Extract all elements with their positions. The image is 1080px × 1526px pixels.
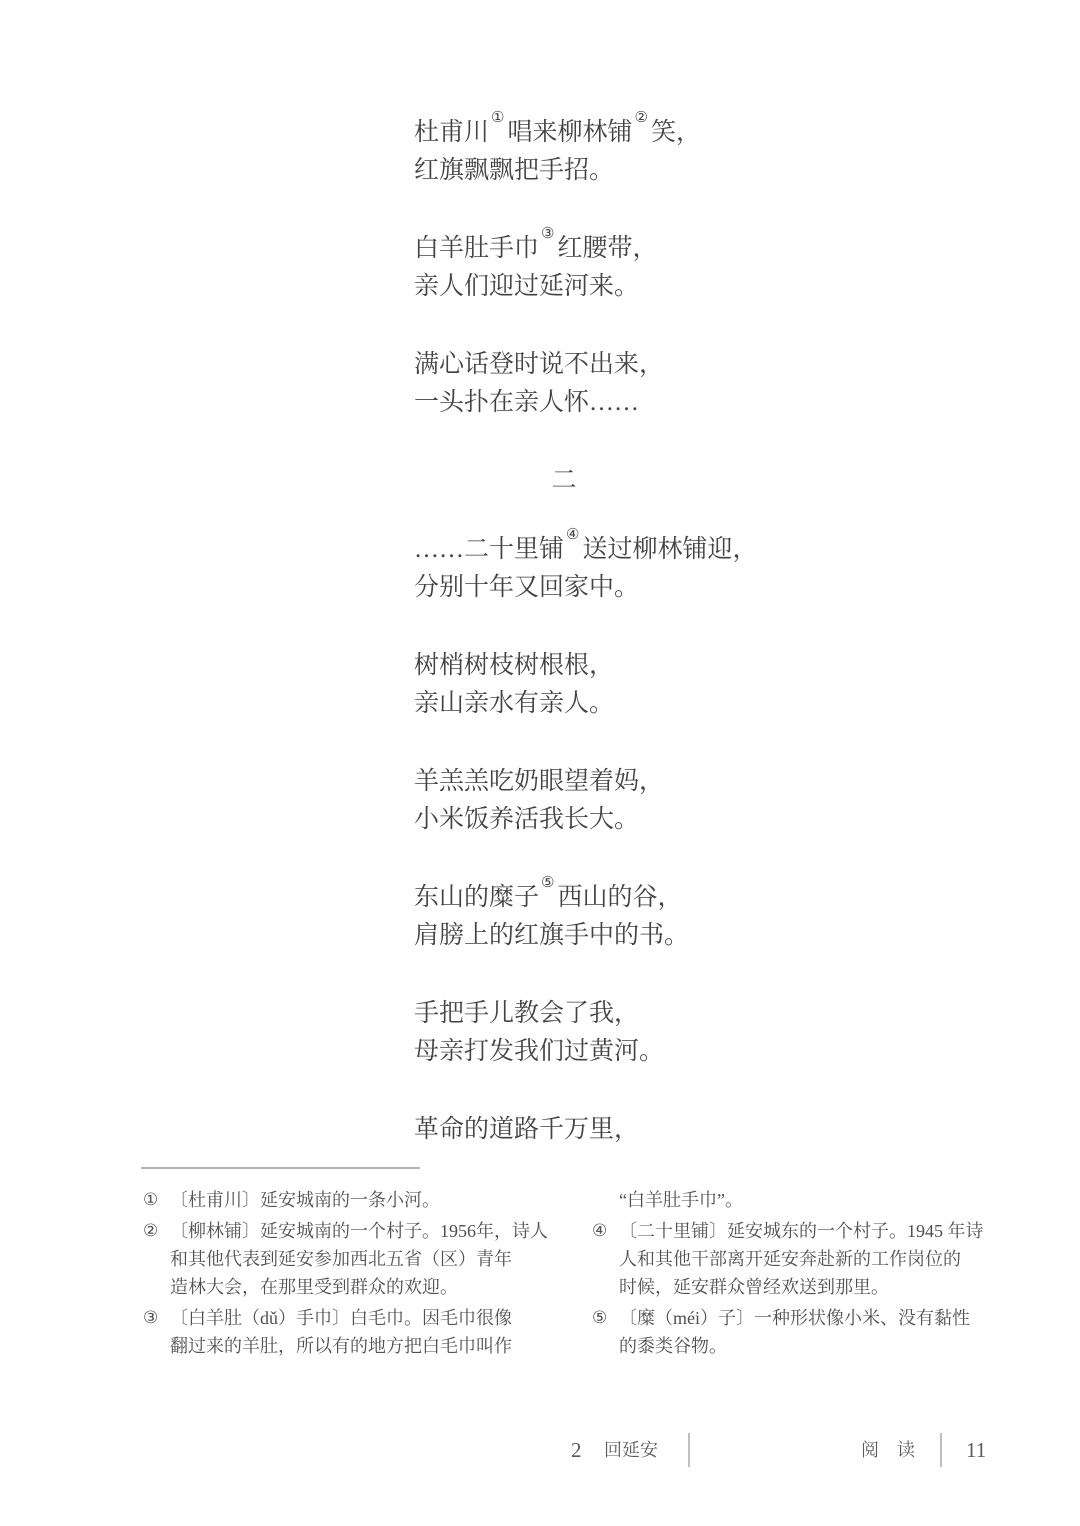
footnote-line: 的黍类谷物。 [619, 1332, 970, 1360]
footnotes-right-column: “白羊肚手巾”。④〔二十里铺〕延安城东的一个村子。1945 年诗人和其他干部离开… [592, 1186, 1012, 1360]
poem-line: 手把手儿教会了我， [414, 995, 714, 1033]
footer-divider-bar [940, 1433, 942, 1467]
footnote-reference: ③ [541, 226, 554, 242]
footnote-line: “白羊肚手巾”。 [619, 1186, 743, 1214]
footnote-item: ⑤〔糜（méi）子〕一种形状像小米、没有黏性的黍类谷物。 [592, 1304, 1012, 1360]
footnote-line: 〔杜甫川〕延安城南的一条小河。 [170, 1186, 440, 1214]
footnote-text: 〔柳林铺〕延安城南的一个村子。1956年，诗人和其他代表到延安参加西北五省（区）… [170, 1217, 548, 1301]
poem-line: 母亲打发我们过黄河。 [414, 1033, 714, 1071]
lesson-number: 2 [571, 1432, 582, 1468]
footnote-text: 〔白羊肚（dǔ）手巾〕白毛巾。因毛巾很像翻过来的羊肚，所以有的地方把白毛巾叫作 [170, 1304, 512, 1360]
footnote-line: 和其他代表到延安参加西北五省（区）青年 [170, 1245, 548, 1273]
footnote-line: 翻过来的羊肚，所以有的地方把白毛巾叫作 [170, 1332, 512, 1360]
footnote-text: 〔二十里铺〕延安城东的一个村子。1945 年诗人和其他干部离开延安奔赴新的工作岗… [619, 1217, 984, 1301]
poem: 杜甫川①唱来柳林铺②笑，红旗飘飘把手招。白羊肚手巾③红腰带，亲人们迎过延河来。满… [414, 114, 714, 1189]
footnote-line: 人和其他干部离开延安奔赴新的工作岗位的 [619, 1245, 984, 1273]
footnote-reference: ① [491, 110, 504, 126]
poem-line: 肩膀上的红旗手中的书。 [414, 917, 714, 955]
lesson-title: 回延安 [604, 1432, 658, 1468]
footnote-text: 〔杜甫川〕延安城南的一条小河。 [170, 1186, 440, 1214]
poem-line: 红旗飘飘把手招。 [414, 152, 714, 190]
poem-stanza: 满心话登时说不出来，一头扑在亲人怀…… [414, 346, 714, 422]
footnote-item: ①〔杜甫川〕延安城南的一条小河。 [143, 1186, 559, 1214]
poem-line: 小米饭养活我长大。 [414, 801, 714, 839]
footnotes-left-column: ①〔杜甫川〕延安城南的一条小河。②〔柳林铺〕延安城南的一个村子。1956年，诗人… [143, 1186, 559, 1360]
footnote-divider-rule [141, 1167, 420, 1169]
poem-line: 亲人们迎过延河来。 [414, 268, 714, 306]
poem-stanza: 杜甫川①唱来柳林铺②笑，红旗飘飘把手招。 [414, 114, 714, 190]
footnote-item: ②〔柳林铺〕延安城南的一个村子。1956年，诗人和其他代表到延安参加西北五省（区… [143, 1217, 559, 1301]
footnote-marker: ⑤ [592, 1304, 619, 1360]
page-footer: 2 回延安 阅 读 11 [0, 1432, 1080, 1472]
poem-part-two: ……二十里铺④送过柳林铺迎，分别十年又回家中。树梢树枝树根根，亲山亲水有亲人。羊… [414, 531, 714, 1149]
poem-line: ……二十里铺④送过柳林铺迎， [414, 531, 714, 569]
page-number: 11 [966, 1432, 986, 1468]
poem-line: 白羊肚手巾③红腰带， [414, 230, 714, 268]
footnote-line: 时候，延安群众曾经欢送到那里。 [619, 1273, 984, 1301]
poem-line: 羊羔羔吃奶眼望着妈， [414, 763, 714, 801]
poem-line: 杜甫川①唱来柳林铺②笑， [414, 114, 714, 152]
poem-line: 东山的糜子⑤西山的谷， [414, 879, 714, 917]
footnote-marker: ① [143, 1186, 170, 1214]
reading-section-label: 阅 读 [861, 1432, 915, 1468]
poem-line: 革命的道路千万里， [414, 1111, 714, 1149]
poem-stanza: 革命的道路千万里， [414, 1111, 714, 1149]
footnote-marker: ③ [143, 1304, 170, 1360]
footnote-marker [592, 1186, 619, 1214]
poem-line: 满心话登时说不出来， [414, 346, 714, 384]
poem-stanza: 手把手儿教会了我，母亲打发我们过黄河。 [414, 995, 714, 1071]
footnote-line: 〔白羊肚（dǔ）手巾〕白毛巾。因毛巾很像 [170, 1304, 512, 1332]
poem-line: 分别十年又回家中。 [414, 569, 714, 607]
footnote-item: “白羊肚手巾”。 [592, 1186, 1012, 1214]
poem-stanza: ……二十里铺④送过柳林铺迎，分别十年又回家中。 [414, 531, 714, 607]
footnote-item: ④〔二十里铺〕延安城东的一个村子。1945 年诗人和其他干部离开延安奔赴新的工作… [592, 1217, 1012, 1301]
footnote-reference: ② [634, 110, 647, 126]
footnote-text: “白羊肚手巾”。 [619, 1186, 743, 1214]
footnote-item: ③〔白羊肚（dǔ）手巾〕白毛巾。因毛巾很像翻过来的羊肚，所以有的地方把白毛巾叫作 [143, 1304, 559, 1360]
poem-stanza: 羊羔羔吃奶眼望着妈，小米饭养活我长大。 [414, 763, 714, 839]
footnote-marker: ② [143, 1217, 170, 1301]
footnote-marker: ④ [592, 1217, 619, 1301]
poem-part-one: 杜甫川①唱来柳林铺②笑，红旗飘飘把手招。白羊肚手巾③红腰带，亲人们迎过延河来。满… [414, 114, 714, 422]
footnote-reference: ④ [566, 527, 579, 543]
footnote-line: 〔柳林铺〕延安城南的一个村子。1956年，诗人 [170, 1217, 548, 1245]
footnote-reference: ⑤ [541, 875, 554, 891]
poem-section-heading: 二 [414, 462, 714, 500]
footnote-line: 〔糜（méi）子〕一种形状像小米、没有黏性 [619, 1304, 970, 1332]
poem-stanza: 东山的糜子⑤西山的谷，肩膀上的红旗手中的书。 [414, 879, 714, 955]
poem-stanza: 白羊肚手巾③红腰带，亲人们迎过延河来。 [414, 230, 714, 306]
footnote-text: 〔糜（méi）子〕一种形状像小米、没有黏性的黍类谷物。 [619, 1304, 970, 1360]
poem-line: 树梢树枝树根根， [414, 647, 714, 685]
poem-stanza: 树梢树枝树根根，亲山亲水有亲人。 [414, 647, 714, 723]
footnote-line: 造林大会，在那里受到群众的欢迎。 [170, 1273, 548, 1301]
poem-line: 亲山亲水有亲人。 [414, 685, 714, 723]
footnote-line: 〔二十里铺〕延安城东的一个村子。1945 年诗 [619, 1217, 984, 1245]
footer-divider-bar [688, 1433, 690, 1467]
poem-line: 一头扑在亲人怀…… [414, 384, 714, 422]
